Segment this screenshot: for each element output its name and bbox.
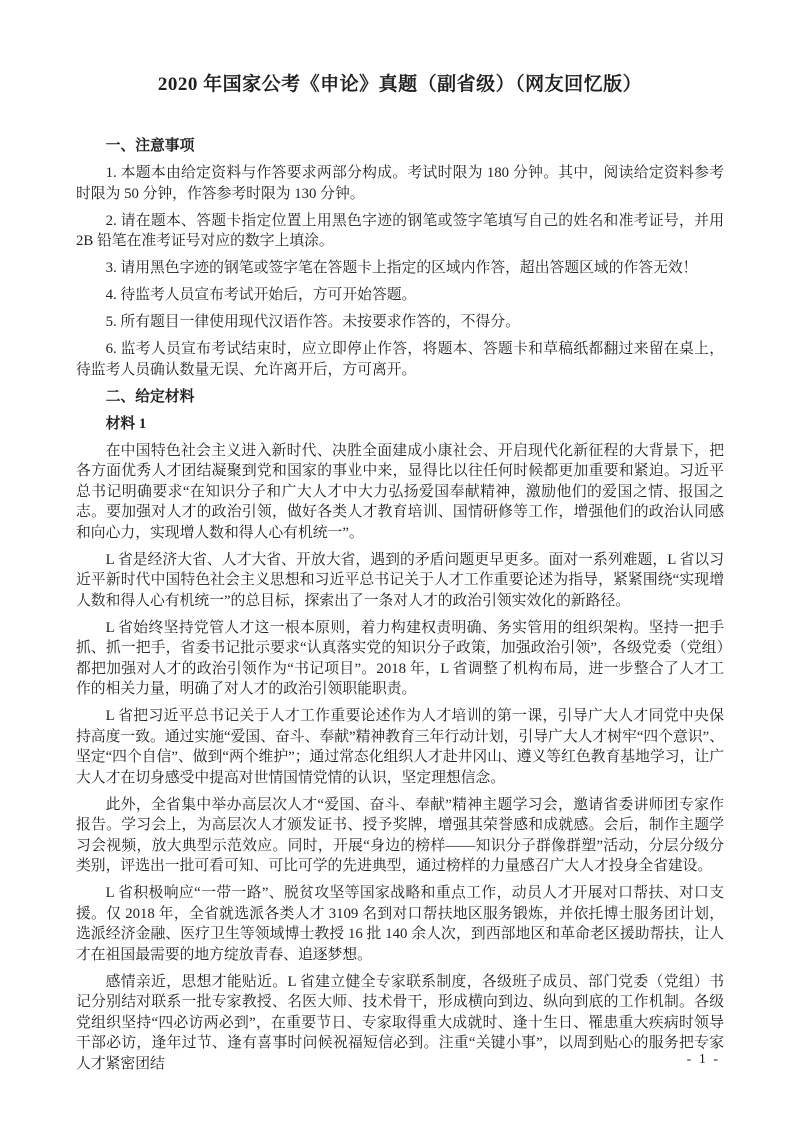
notice-item-3: 3. 请用黑色字迹的钢笔或签字笔在答题卡上指定的区域内作答，超出答题区域的作答无… [76,258,724,279]
material-1-paragraph-5: 此外，全省集中举办高层次人才“爱国、奋斗、奉献”精神主题学习会，邀请省委讲师团专… [76,795,724,877]
materials-section-heading: 二、给定材料 [76,387,724,408]
material-1-paragraph-6: L 省积极响应“一带一路”、脱贫攻坚等国家战略和重点工作，动员人才开展对口帮扶、… [76,883,724,965]
page-number: - 1 - [687,1052,720,1068]
material-1-paragraph-1: 在中国特色社会主义进入新时代、决胜全面建成小康社会、开启现代化新征程的大背景下，… [76,441,724,544]
material-1-heading: 材料 1 [76,414,724,435]
page-title: 2020 年国家公考《申论》真题（副省级）（网友回忆版） [76,72,724,98]
material-1-paragraph-3: L 省始终坚持党管人才这一根本原则，着力构建权责明确、务实管用的组织架构。坚持一… [76,618,724,700]
notice-item-1: 1. 本题本由给定资料与作答要求两部分构成。考试时限为 180 分钟。其中，阅读… [76,163,724,204]
notice-item-4: 4. 待监考人员宣布考试开始后，方可开始答题。 [76,285,724,306]
material-1-paragraph-4: L 省把习近平总书记关于人才工作重要论述作为人才培训的第一课，引导广大人才同党中… [76,706,724,788]
material-1-paragraph-7: 感情亲近，思想才能贴近。L 省建立健全专家联系制度，各级班子成员、部门党委（党组… [76,972,724,1075]
notice-item-5: 5. 所有题目一律使用现代汉语作答。未按要求作答的，不得分。 [76,312,724,333]
notice-section-heading: 一、注意事项 [76,136,724,157]
notice-item-2: 2. 请在题本、答题卡指定位置上用黑色字迹的钢笔或签字笔填写自己的姓名和准考证号… [76,211,724,252]
material-1-paragraph-2: L 省是经济大省、人才大省、开放大省，遇到的矛盾问题更早更多。面对一系列难题，L… [76,550,724,612]
notice-item-6: 6. 监考人员宣布考试结束时，应立即停止作答，将题本、答题卡和草稿纸都翻过来留在… [76,339,724,380]
exam-paper-page: 2020 年国家公考《申论》真题（副省级）（网友回忆版） 一、注意事项 1. 本… [0,0,800,1131]
